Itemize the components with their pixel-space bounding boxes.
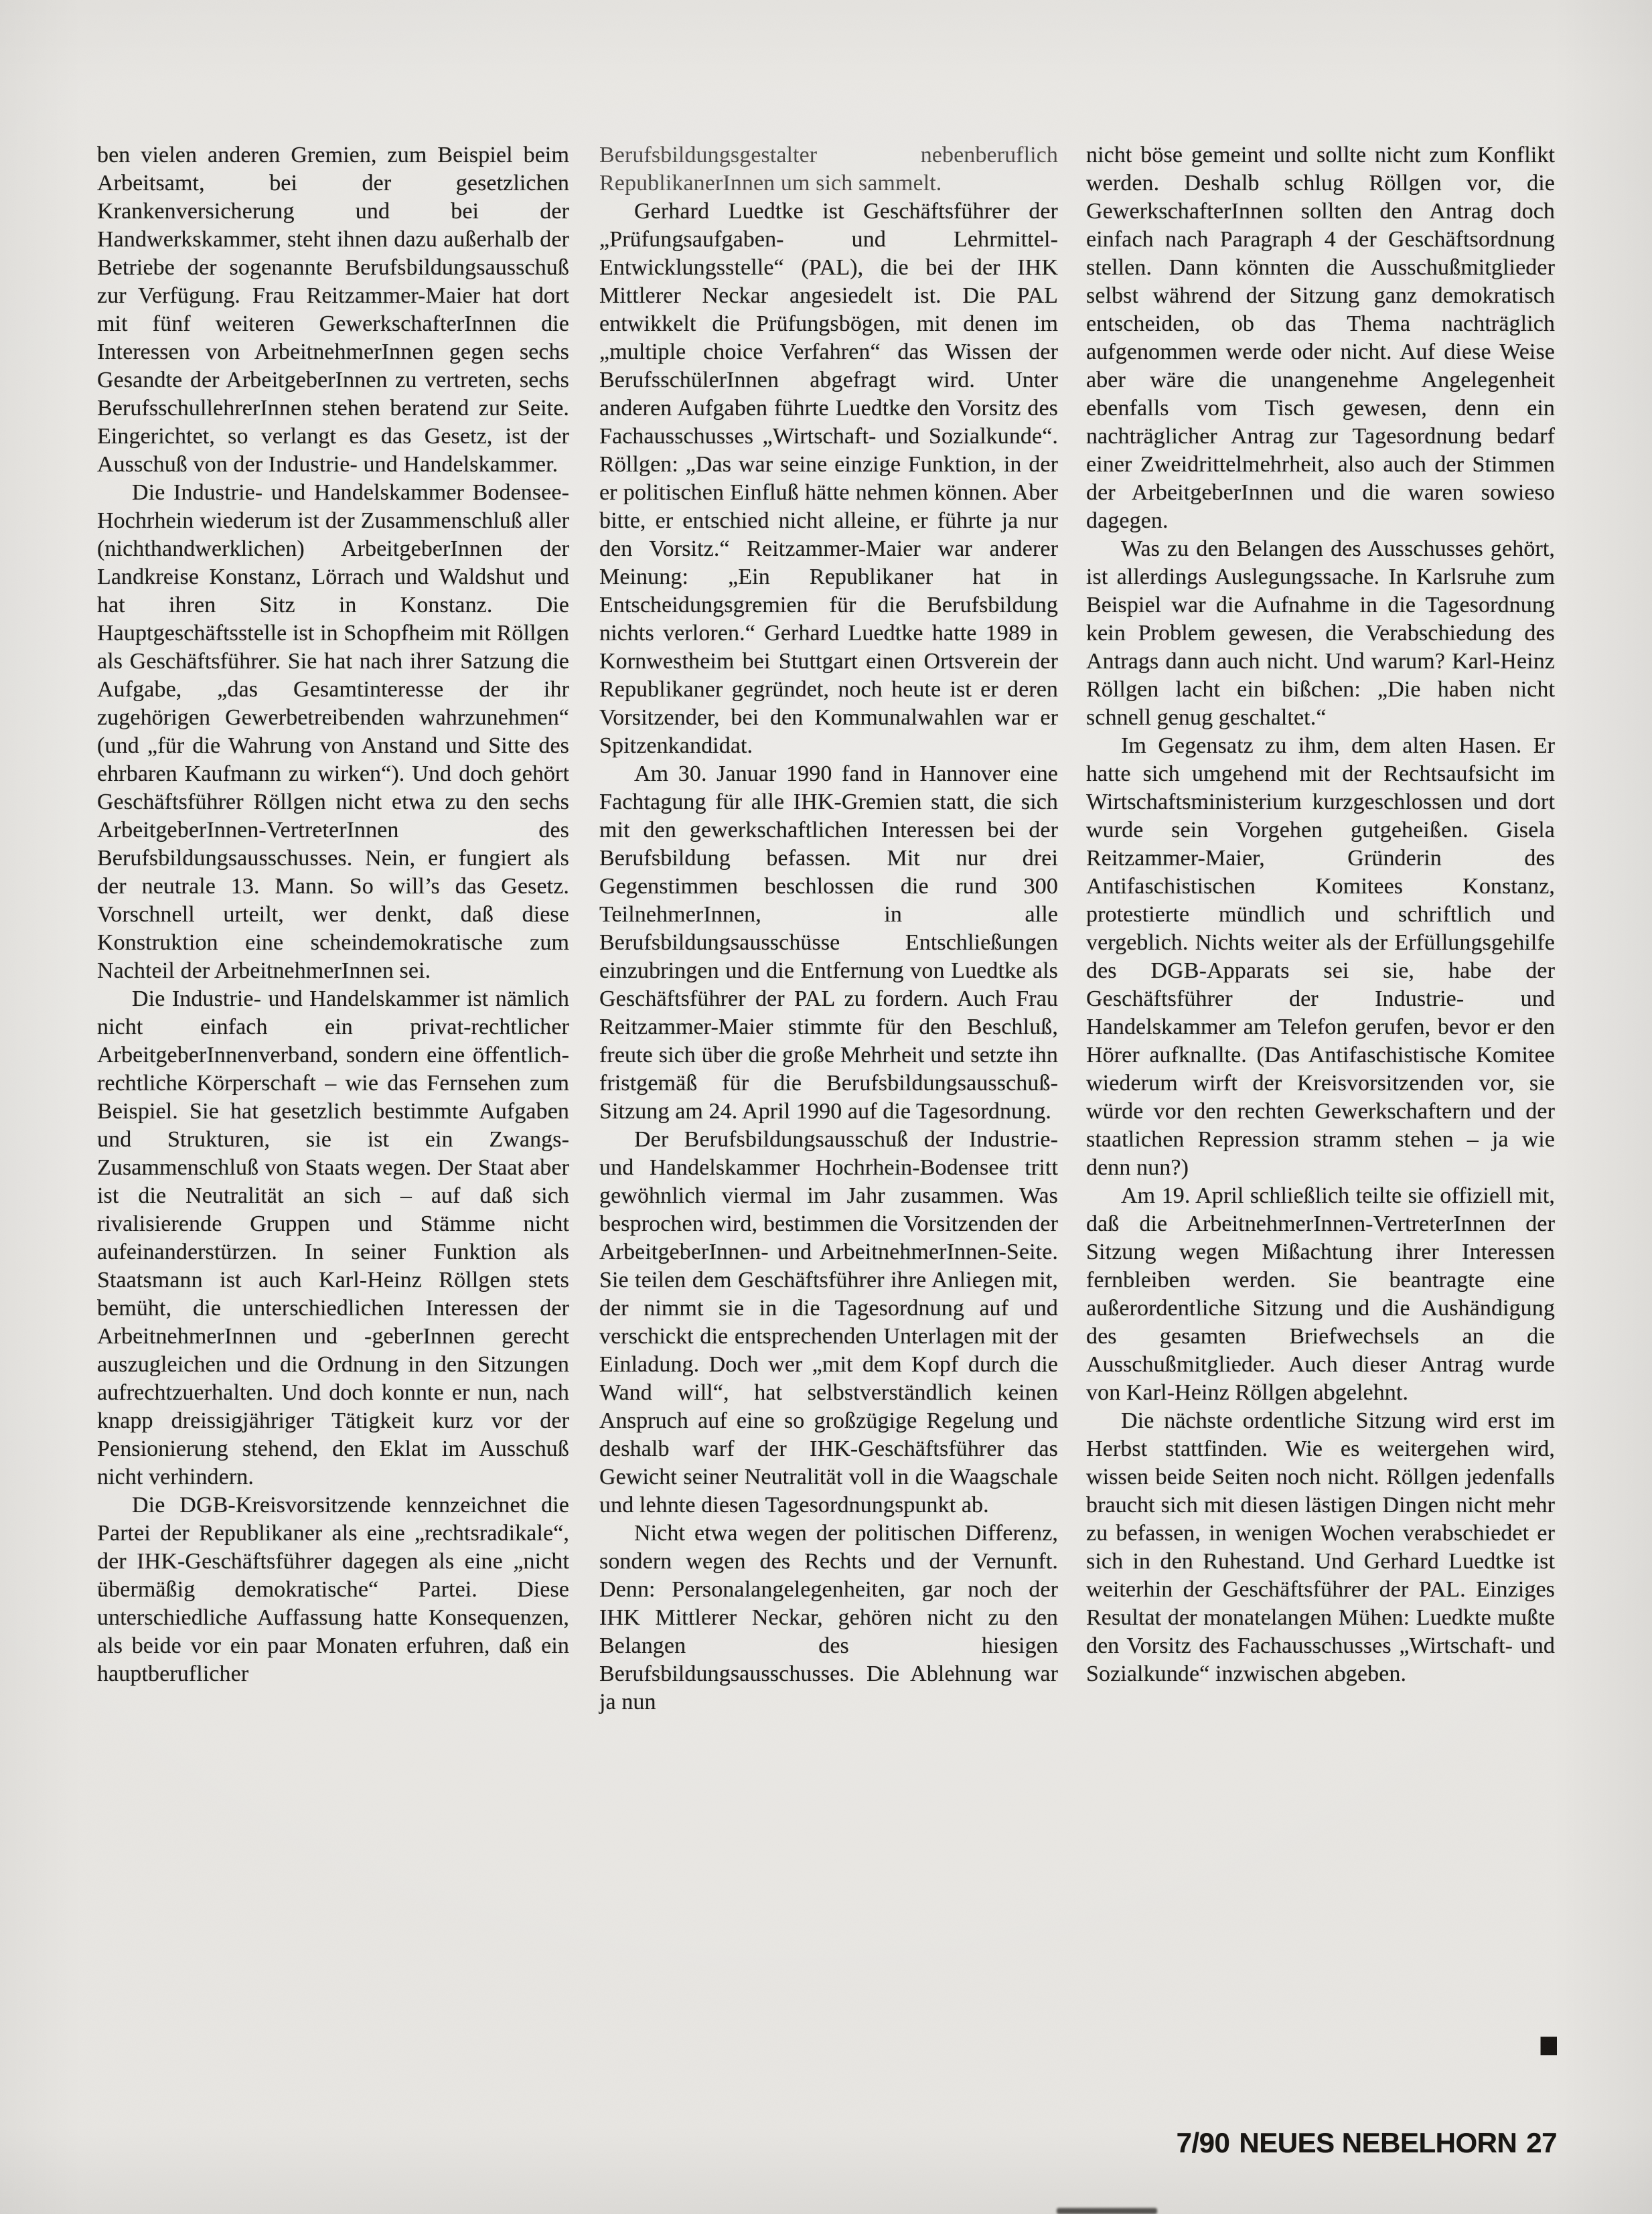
article-paragraph: nicht böse gemeint und sollte nicht zum …: [1086, 141, 1555, 535]
article-paragraph: Was zu den Belangen des Ausschusses gehö…: [1086, 535, 1555, 732]
footer-issue: 7/90: [1177, 2127, 1230, 2158]
article-paragraph: Die nächste ordentliche Sitzung wird ers…: [1086, 1407, 1555, 1688]
magazine-page: ben vielen anderen Gremien, zum Beispiel…: [0, 0, 1652, 2214]
article-paragraph: Die DGB-Kreisvorsitzende kennzeichnet di…: [97, 1491, 569, 1688]
footer-page-number: 27: [1526, 2127, 1557, 2158]
article-paragraph: Am 30. Januar 1990 fand in Hannover eine…: [599, 760, 1058, 1126]
article-paragraph: Berufsbildungsgestalter nebenberuflich R…: [599, 141, 1058, 198]
article-paragraph: Nicht etwa wegen der politischen Differe…: [599, 1520, 1058, 1716]
text-column-3: nicht böse gemeint und sollte nicht zum …: [1086, 141, 1555, 1688]
end-of-article-mark: ■: [1538, 2037, 1557, 2055]
article-paragraph: ben vielen anderen Gremien, zum Beispiel…: [97, 141, 569, 479]
text-column-2: Berufsbildungsgestalter nebenberuflich R…: [599, 141, 1058, 1716]
footer-magazine-title: NEUES NEBELHORN: [1239, 2127, 1517, 2158]
text-column-1: ben vielen anderen Gremien, zum Beispiel…: [97, 141, 569, 1688]
article-paragraph: Der Berufsbildungsausschuß der Industrie…: [599, 1126, 1058, 1520]
scan-artifact-smudge: [1057, 2208, 1157, 2214]
article-paragraph: Im Gegensatz zu ihm, dem alten Hasen. Er…: [1086, 732, 1555, 1182]
page-footer: 7/90NEUES NEBELHORN27: [1177, 2127, 1557, 2159]
article-paragraph: Die Industrie- und Handelskammer Bodense…: [97, 479, 569, 985]
article-paragraph: Gerhard Luedtke ist Geschäftsführer der …: [599, 198, 1058, 760]
article-paragraph: Die Industrie- und Handelskammer ist näm…: [97, 985, 569, 1491]
article-paragraph: Am 19. April schließlich teilte sie offi…: [1086, 1182, 1555, 1407]
